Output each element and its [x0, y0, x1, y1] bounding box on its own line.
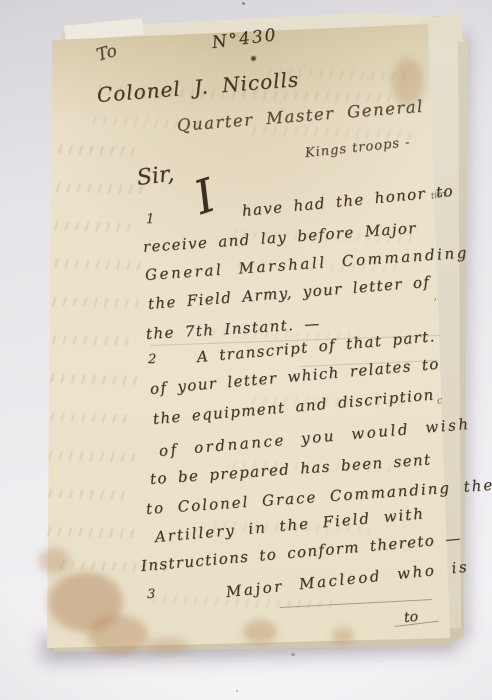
dust-speck [236, 690, 238, 692]
foxing-stain [243, 620, 277, 644]
paragraph-number: 3 [147, 587, 155, 602]
edge-fragment: c [436, 395, 443, 407]
dust-speck [291, 653, 295, 656]
foxing-stain [38, 548, 70, 574]
dust-speck [242, 2, 245, 5]
paragraph-number: 1 [146, 212, 154, 227]
manuscript-photo: N°430 To Colonel J. Nicolls Quarter Mast… [0, 0, 492, 700]
foxing-stain [332, 627, 354, 645]
ink-speck [251, 56, 256, 61]
foxing-stain [88, 615, 148, 655]
foxing-stain [145, 638, 190, 654]
salutation: Sir, [135, 162, 175, 191]
paragraph-number: 2 [148, 352, 156, 367]
